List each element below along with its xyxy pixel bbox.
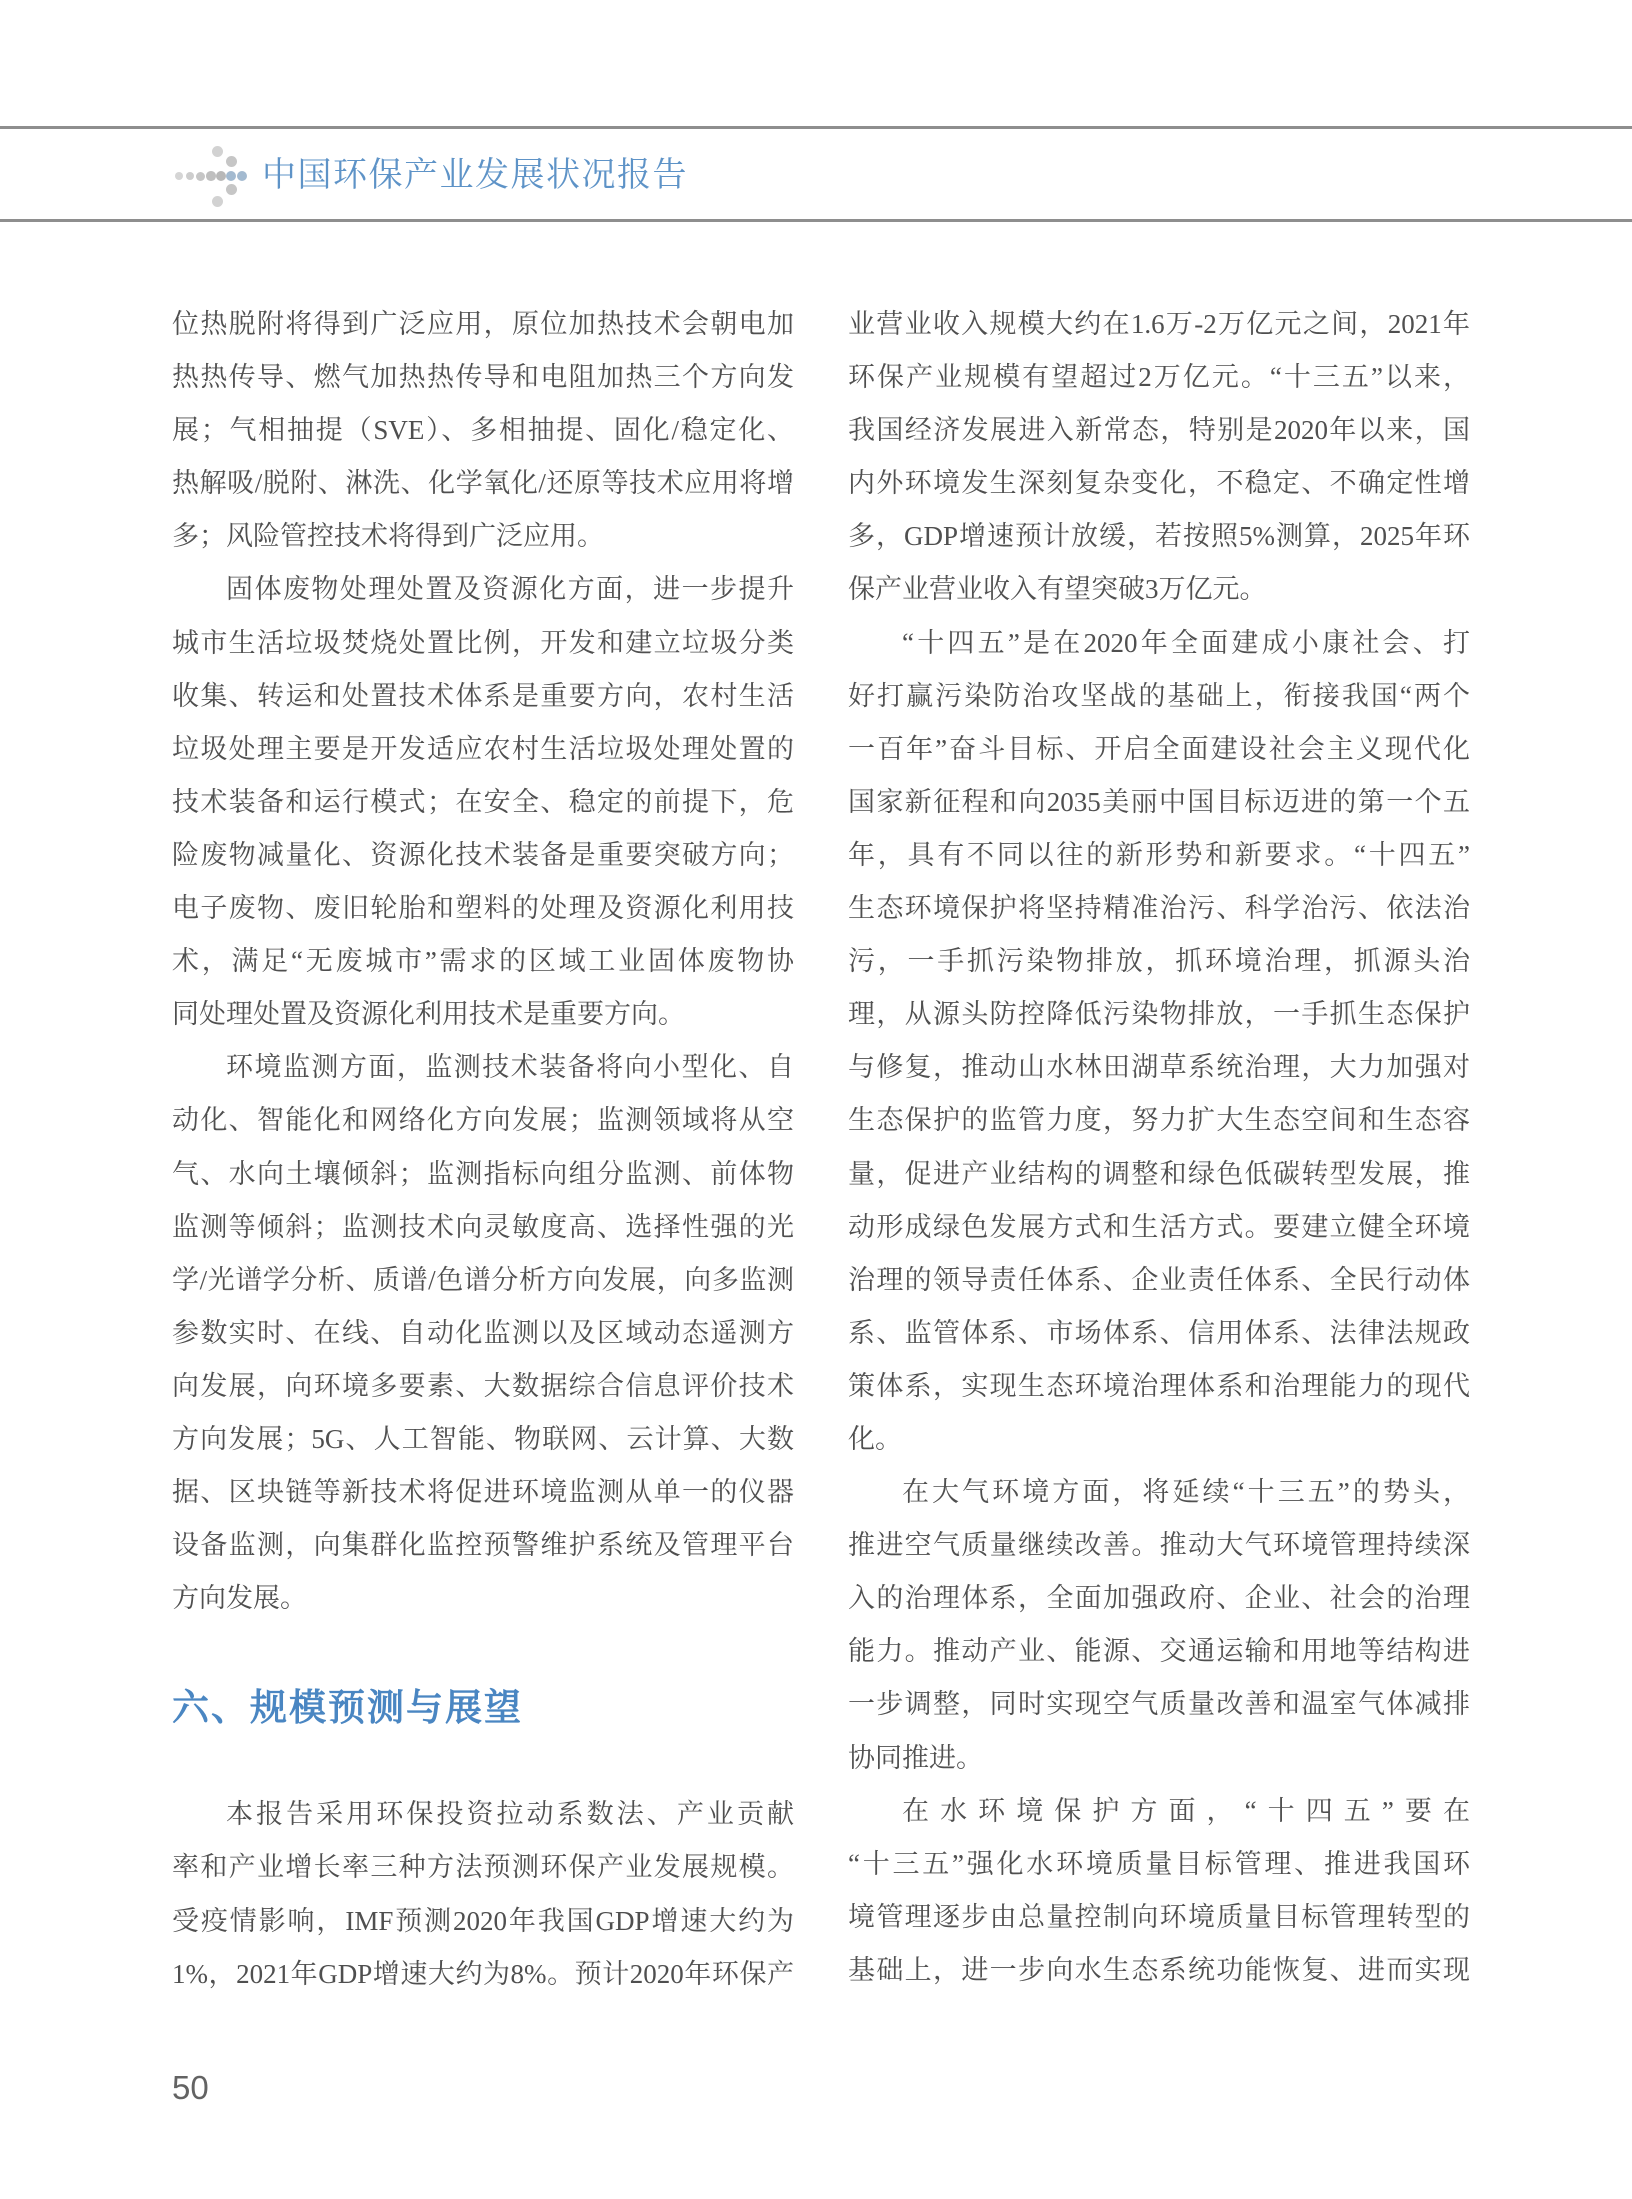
left-column: 位热脱附将得到广泛应用，原位加热技术会朝电加热热传导、燃气加热热传导和电阻加热三… <box>172 298 794 2001</box>
text-line: 推进空气质量继续改善。推动大气环境管理持续深 <box>848 1519 1470 1572</box>
text-line: 监测等倾斜；监测技术向灵敏度高、选择性强的光 <box>172 1201 794 1254</box>
text-line: 设备监测，向集群化监控预警维护系统及管理平台 <box>172 1519 794 1572</box>
text-line: 量，促进产业结构的调整和绿色低碳转型发展，推 <box>848 1148 1470 1201</box>
logo-dot <box>212 196 223 207</box>
right-column: 业营业收入规模大约在1.6万-2万亿元之间，2021年环保产业规模有望超过2万亿… <box>848 298 1470 1997</box>
section-heading: 六、规模预测与展望 <box>172 1680 794 1736</box>
header-rule-top <box>0 126 1632 129</box>
text-line: 保产业营业收入有望突破3万亿元。 <box>848 563 1470 616</box>
logo-dot <box>186 172 194 180</box>
text-line: 动形成绿色发展方式和生活方式。要建立健全环境 <box>848 1201 1470 1254</box>
text-line: 气、水向土壤倾斜；监测指标向组分监测、前体物 <box>172 1148 794 1201</box>
text-line: 能力。推动产业、能源、交通运输和用地等结构进 <box>848 1625 1470 1678</box>
header-rule-bottom <box>0 219 1632 222</box>
logo-dot <box>237 171 247 181</box>
text-line: 热热传导、燃气加热热传导和电阻加热三个方向发 <box>172 351 794 404</box>
text-line: 1%，2021年GDP增速大约为8%。预计2020年环保产 <box>172 1948 794 2001</box>
text-line: 同处理处置及资源化利用技术是重要方向。 <box>172 988 794 1041</box>
logo-dot <box>196 172 205 181</box>
text-line: 在水环境保护方面，“十四五”要在 <box>848 1785 1470 1838</box>
text-line: 向发展，向环境多要素、大数据综合信息评价技术 <box>172 1360 794 1413</box>
text-line: 参数实时、在线、自动化监测以及区域动态遥测方 <box>172 1307 794 1360</box>
text-line: 动化、智能化和网络化方向发展；监测领域将从空 <box>172 1094 794 1147</box>
text-line: 内外环境发生深刻复杂变化，不稳定、不确定性增 <box>848 457 1470 510</box>
text-line: 据、区块链等新技术将促进环境监测从单一的仪器 <box>172 1466 794 1519</box>
text-line: 系、监管体系、市场体系、信用体系、法律法规政 <box>848 1307 1470 1360</box>
text-line: 受疫情影响，IMF预测2020年我国GDP增速大约为 <box>172 1895 794 1948</box>
text-line: 我国经济发展进入新常态，特别是2020年以来，国 <box>848 404 1470 457</box>
text-line: 率和产业增长率三种方法预测环保产业发展规模。 <box>172 1841 794 1894</box>
report-title: 中国环保产业发展状况报告 <box>262 153 688 197</box>
text-line: 电子废物、废旧轮胎和塑料的处理及资源化利用技 <box>172 882 794 935</box>
logo-dot <box>226 184 237 195</box>
text-line: 多；风险管控技术将得到广泛应用。 <box>172 510 794 563</box>
text-line: 化。 <box>848 1413 1470 1466</box>
text-line: 环境监测方面，监测技术装备将向小型化、自 <box>172 1041 794 1094</box>
text-line: 一百年”奋斗目标、开启全面建设社会主义现代化 <box>848 723 1470 776</box>
logo-dot <box>226 171 236 181</box>
text-line: 险废物减量化、资源化技术装备是重要突破方向； <box>172 829 794 882</box>
text-line: 热解吸/脱附、淋洗、化学氧化/还原等技术应用将增 <box>172 457 794 510</box>
text-line: 展；气相抽提（SVE）、多相抽提、固化/稳定化、 <box>172 404 794 457</box>
text-line: 污，一手抓污染物排放，抓环境治理，抓源头治 <box>848 935 1470 988</box>
text-line: 学/光谱学分析、质谱/色谱分析方向发展，向多监测 <box>172 1254 794 1307</box>
text-line: 与修复，推动山水林田湖草系统治理，大力加强对 <box>848 1041 1470 1094</box>
text-line: 年，具有不同以往的新形势和新要求。“十四五” <box>848 829 1470 882</box>
text-line: 生态保护的监管力度，努力扩大生态空间和生态容 <box>848 1094 1470 1147</box>
text-line: 术，满足“无废城市”需求的区域工业固体废物协 <box>172 935 794 988</box>
text-line: 好打赢污染防治攻坚战的基础上，衔接我国“两个 <box>848 670 1470 723</box>
text-line: 环保产业规模有望超过2万亿元。“十三五”以来， <box>848 351 1470 404</box>
text-line: 策体系，实现生态环境治理体系和治理能力的现代 <box>848 1360 1470 1413</box>
text-line: 固体废物处理处置及资源化方面，进一步提升 <box>172 563 794 616</box>
logo-dot <box>175 172 183 180</box>
logo-dot <box>212 146 223 157</box>
dots-cross-logo-icon <box>168 140 258 214</box>
text-line: 治理的领导责任体系、企业责任体系、全民行动体 <box>848 1254 1470 1307</box>
logo-dot <box>226 156 237 167</box>
text-line: 收集、转运和处置技术体系是重要方向，农村生活 <box>172 670 794 723</box>
text-line: 协同推进。 <box>848 1732 1470 1785</box>
text-line: 入的治理体系，全面加强政府、企业、社会的治理 <box>848 1572 1470 1625</box>
text-line: 位热脱附将得到广泛应用，原位加热技术会朝电加 <box>172 298 794 351</box>
text-line: 国家新征程和向2035美丽中国目标迈进的第一个五 <box>848 776 1470 829</box>
text-line: 一步调整，同时实现空气质量改善和温室气体减排 <box>848 1678 1470 1731</box>
text-line: “十三五”强化水环境质量目标管理、推进我国环 <box>848 1838 1470 1891</box>
text-line: 境管理逐步由总量控制向环境质量目标管理转型的 <box>848 1891 1470 1944</box>
text-line: 方向发展。 <box>172 1572 794 1625</box>
text-line: 在大气环境方面，将延续“十三五”的势头， <box>848 1466 1470 1519</box>
text-line: 基础上，进一步向水生态系统功能恢复、进而实现 <box>848 1944 1470 1997</box>
text-line: 业营业收入规模大约在1.6万-2万亿元之间，2021年 <box>848 298 1470 351</box>
text-line: “十四五”是在2020年全面建成小康社会、打 <box>848 617 1470 670</box>
logo-dot <box>206 171 216 181</box>
page-number: 50 <box>172 2068 209 2108</box>
text-line: 垃圾处理主要是开发适应农村生活垃圾处理处置的 <box>172 723 794 776</box>
text-line: 方向发展；5G、人工智能、物联网、云计算、大数 <box>172 1413 794 1466</box>
logo-dot <box>216 171 226 181</box>
text-line: 本报告采用环保投资拉动系数法、产业贡献 <box>172 1788 794 1841</box>
text-line: 技术装备和运行模式；在安全、稳定的前提下，危 <box>172 776 794 829</box>
text-line: 生态环境保护将坚持精准治污、科学治污、依法治 <box>848 882 1470 935</box>
text-line: 理，从源头防控降低污染物排放，一手抓生态保护 <box>848 988 1470 1041</box>
text-line: 城市生活垃圾焚烧处置比例，开发和建立垃圾分类 <box>172 617 794 670</box>
text-line: 多，GDP增速预计放缓，若按照5%测算，2025年环 <box>848 510 1470 563</box>
